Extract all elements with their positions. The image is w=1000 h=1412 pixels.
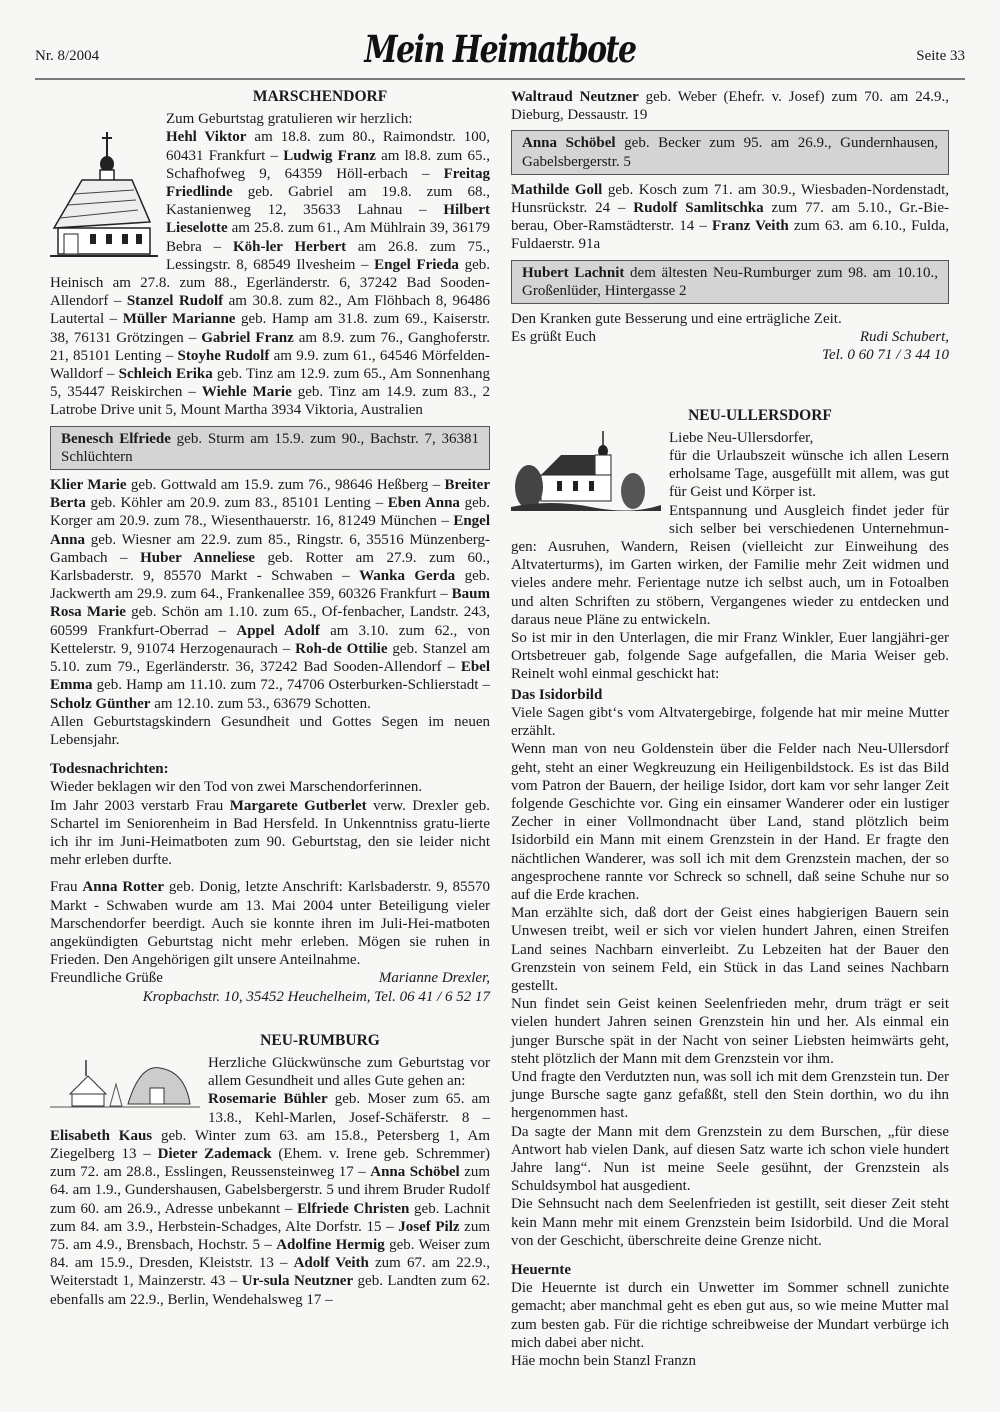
- harvest-title: Heuernte: [511, 1261, 949, 1279]
- story-paragraph: Viele Sagen gibt‘s vom Altvatergebirge, …: [511, 704, 949, 740]
- newspaper-page: Nr. 8/2004 Mein Heimatbote Seite 33 MARS…: [0, 0, 1000, 1412]
- harvest-paragraph: Die Heuernte ist durch ein Unwetter im S…: [511, 1279, 949, 1352]
- story-paragraph: Nun findet sein Geist keinen Seelenfried…: [511, 995, 949, 1068]
- neu-rumburg-birthday-list: Rosemarie Bühler geb. Moser zum 65. am 1…: [50, 1090, 490, 1308]
- story-paragraph: Und fragte den Verdutzten nun, was soll …: [511, 1068, 949, 1123]
- birthday-list-2: Klier Marie geb. Gottwald am 15.9. zum 7…: [50, 476, 490, 713]
- section-title-marschendorf: MARSCHENDORF: [150, 88, 490, 106]
- signer-address: Kropbachstr. 10, 35452 Heuchelheim, Tel.…: [50, 988, 490, 1006]
- obituary-intro: Wieder beklagen wir den Tod von zwei Mar…: [50, 778, 490, 796]
- story-paragraph: Da sagte der Mann mit dem Grenzstein zu …: [511, 1123, 949, 1196]
- neu-rumburg-signature-row: Es grüßt Euch Rudi Schubert,: [511, 328, 949, 346]
- right-column: Waltraud Neutzner geb. Weber (Ehefr. v. …: [511, 88, 949, 1370]
- story-paragraph: Man erzählte sich, daß dort der Geist ei…: [511, 904, 949, 995]
- obituary-gutberlet: Im Jahr 2003 verstarb Frau Margarete Gut…: [50, 797, 490, 870]
- masthead-logo: Mein Heimatbote: [35, 28, 965, 72]
- church-illustration-icon: [511, 429, 661, 517]
- highlight-box-lachnit: Hubert Lachnit dem ältesten Neu-Rumburge…: [511, 260, 949, 304]
- neu-rumburg-signer: Rudi Schubert,: [860, 328, 949, 346]
- neu-rumburg-signer-tel: Tel. 0 60 71 / 3 44 10: [511, 346, 949, 364]
- story-paragraph: Wenn man von neu Goldenstein über die Fe…: [511, 740, 949, 904]
- village-illustration-icon: [50, 1054, 200, 1109]
- highlight-box-benesch: Benesch Elfriede geb. Sturm am 15.9. zum…: [50, 426, 490, 470]
- signer-name: Marianne Drexler,: [379, 969, 490, 987]
- harvest-last-line: Häe mochn bein Stanzl Franzn: [511, 1352, 949, 1370]
- story-paragraph: Die Sehnsucht nach dem Seelenfrieden ist…: [511, 1195, 949, 1250]
- letter-paragraph-3: So ist mir in den Unterlagen, die mir Fr…: [511, 629, 949, 684]
- neu-rumburg-greeting: Es grüßt Euch: [511, 328, 596, 346]
- section-title-neu-rumburg: NEU-RUMBURG: [150, 1032, 490, 1050]
- left-column: MARSCHENDORF Zum Geburtstag gratulieren …: [50, 88, 490, 1309]
- letter-paragraph-2: Entspannung und Ausgleich findet jeder f…: [511, 502, 949, 629]
- neu-rumburg-birthday-continued: Waltraud Neutzner geb. Weber (Ehefr. v. …: [511, 88, 949, 124]
- chapel-illustration-icon: [50, 110, 158, 260]
- highlight-box-schoebel: Anna Schöbel geb. Becker zum 95. am 26.9…: [511, 130, 949, 174]
- section-title-neu-ullersdorf: NEU-ULLERSDORF: [571, 407, 949, 425]
- obituary-rotter: Frau Anna Rotter geb. Donig, letzte Ansc…: [50, 878, 490, 969]
- neu-rumburg-birthday-list-2: Mathilde Goll geb. Kosch zum 71. am 30.9…: [511, 181, 949, 254]
- page-number: Seite 33: [916, 48, 965, 65]
- closing-greeting: Freundliche Grüße: [50, 969, 163, 987]
- story-title: Das Isidorbild: [511, 686, 949, 704]
- birthday-wish: Allen Geburtstagskindern Gesundheit und …: [50, 713, 490, 749]
- neu-rumburg-wish: Den Kranken gute Besserung und eine ertr…: [511, 310, 949, 328]
- page-header: Nr. 8/2004 Mein Heimatbote Seite 33: [35, 28, 965, 80]
- signature-row: Freundliche Grüße Marianne Drexler,: [50, 969, 490, 987]
- obituary-heading: Todesnachrichten:: [50, 760, 490, 778]
